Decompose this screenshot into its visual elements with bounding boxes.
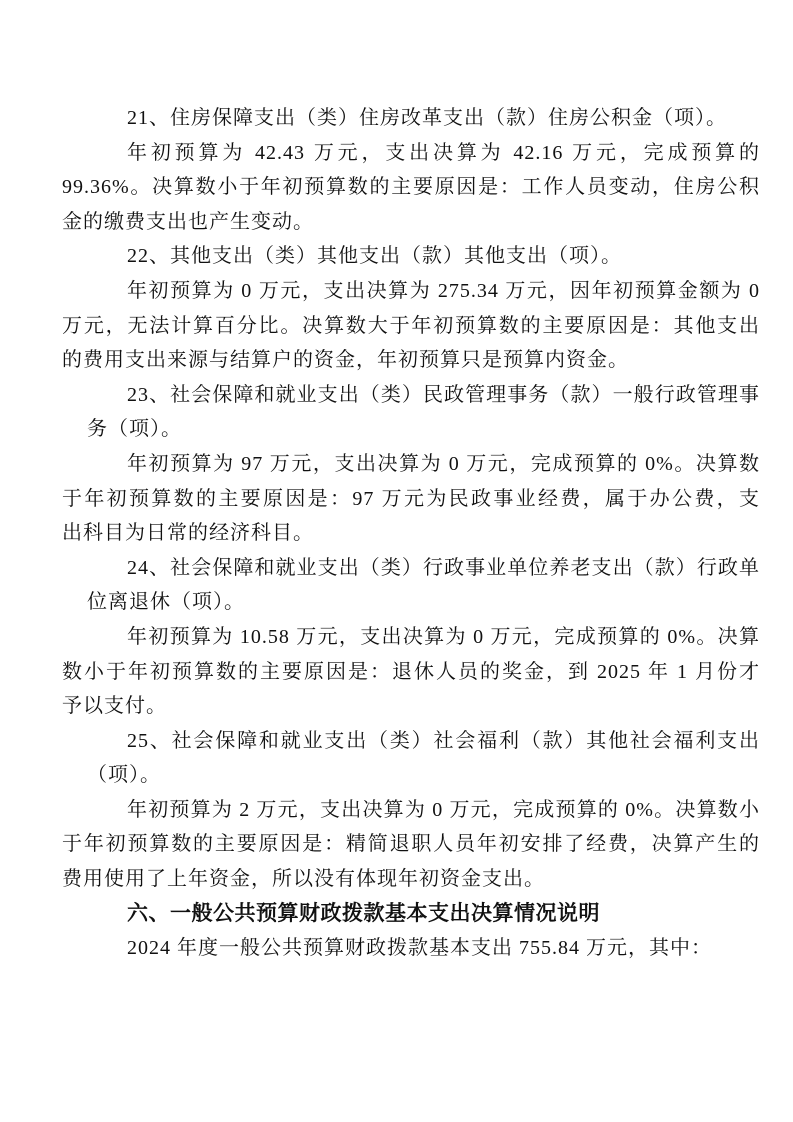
section-6-intro: 2024 年度一般公共预算财政拨款基本支出 755.84 万元，其中：	[62, 931, 760, 966]
item-21-body: 年初预算为 42.43 万元，支出决算为 42.16 万元，完成预算的99.36…	[62, 136, 760, 240]
text-line: 的费用支出来源与结算户的资金，年初预算只是预算内资金。	[62, 343, 760, 378]
text-line: 务（项）。	[62, 412, 760, 447]
text-line: 万元，无法计算百分比。决算数大于年初预算数的主要原因是：其他支出	[62, 309, 760, 344]
text-line: 出科目为日常的经济科目。	[62, 516, 760, 551]
text-line: 2024 年度一般公共预算财政拨款基本支出 755.84 万元，其中：	[62, 931, 760, 966]
text-line: 位离退休（项）。	[62, 585, 760, 620]
text-line: 六、一般公共预算财政拨款基本支出决算情况说明	[62, 897, 760, 932]
text-line: 年初预算为 10.58 万元，支出决算为 0 万元，完成预算的 0%。决算	[62, 620, 760, 655]
text-line: 年初预算为 0 万元，支出决算为 275.34 万元，因年初预算金额为 0	[62, 274, 760, 309]
item-24-header: 24、社会保障和就业支出（类）行政事业单位养老支出（款）行政单位离退休（项）。	[62, 551, 760, 620]
document-page: 21、住房保障支出（类）住房改革支出（款）住房公积金（项）。年初预算为 42.4…	[0, 0, 793, 1122]
text-line: 数小于年初预算数的主要原因是：退休人员的奖金，到 2025 年 1 月份才	[62, 655, 760, 690]
item-23-header: 23、社会保障和就业支出（类）民政管理事务（款）一般行政管理事务（项）。	[62, 378, 760, 447]
text-line: 年初预算为 97 万元，支出决算为 0 万元，完成预算的 0%。决算数小	[62, 447, 760, 482]
text-line: 于年初预算数的主要原因是：97 万元为民政事业经费，属于办公费，支	[62, 482, 760, 517]
text-line: 22、其他支出（类）其他支出（款）其他支出（项）。	[62, 239, 760, 274]
document-body: 21、住房保障支出（类）住房改革支出（款）住房公积金（项）。年初预算为 42.4…	[62, 101, 760, 966]
text-line: （项）。	[62, 758, 760, 793]
text-line: 99.36%。决算数小于年初预算数的主要原因是：工作人员变动，住房公积	[62, 170, 760, 205]
text-line: 费用使用了上年资金，所以没有体现年初资金支出。	[62, 862, 760, 897]
item-22-header: 22、其他支出（类）其他支出（款）其他支出（项）。	[62, 239, 760, 274]
item-21-header: 21、住房保障支出（类）住房改革支出（款）住房公积金（项）。	[62, 101, 760, 136]
item-23-body: 年初预算为 97 万元，支出决算为 0 万元，完成预算的 0%。决算数小于年初预…	[62, 447, 760, 551]
text-line: 于年初预算数的主要原因是：精简退职人员年初安排了经费，决算产生的	[62, 827, 760, 862]
text-line: 23、社会保障和就业支出（类）民政管理事务（款）一般行政管理事	[62, 378, 760, 413]
text-line: 年初预算为 2 万元，支出决算为 0 万元，完成预算的 0%。决算数小	[62, 793, 760, 828]
text-line: 24、社会保障和就业支出（类）行政事业单位养老支出（款）行政单	[62, 551, 760, 586]
text-line: 金的缴费支出也产生变动。	[62, 205, 760, 240]
item-22-body: 年初预算为 0 万元，支出决算为 275.34 万元，因年初预算金额为 0万元，…	[62, 274, 760, 378]
text-line: 25、社会保障和就业支出（类）社会福利（款）其他社会福利支出	[62, 724, 760, 759]
item-24-body: 年初预算为 10.58 万元，支出决算为 0 万元，完成预算的 0%。决算数小于…	[62, 620, 760, 724]
text-line: 年初预算为 42.43 万元，支出决算为 42.16 万元，完成预算的	[62, 136, 760, 171]
text-line: 予以支付。	[62, 689, 760, 724]
text-line: 21、住房保障支出（类）住房改革支出（款）住房公积金（项）。	[62, 101, 760, 136]
item-25-body: 年初预算为 2 万元，支出决算为 0 万元，完成预算的 0%。决算数小于年初预算…	[62, 793, 760, 897]
section-6-heading: 六、一般公共预算财政拨款基本支出决算情况说明	[62, 897, 760, 932]
item-25-header: 25、社会保障和就业支出（类）社会福利（款）其他社会福利支出（项）。	[62, 724, 760, 793]
